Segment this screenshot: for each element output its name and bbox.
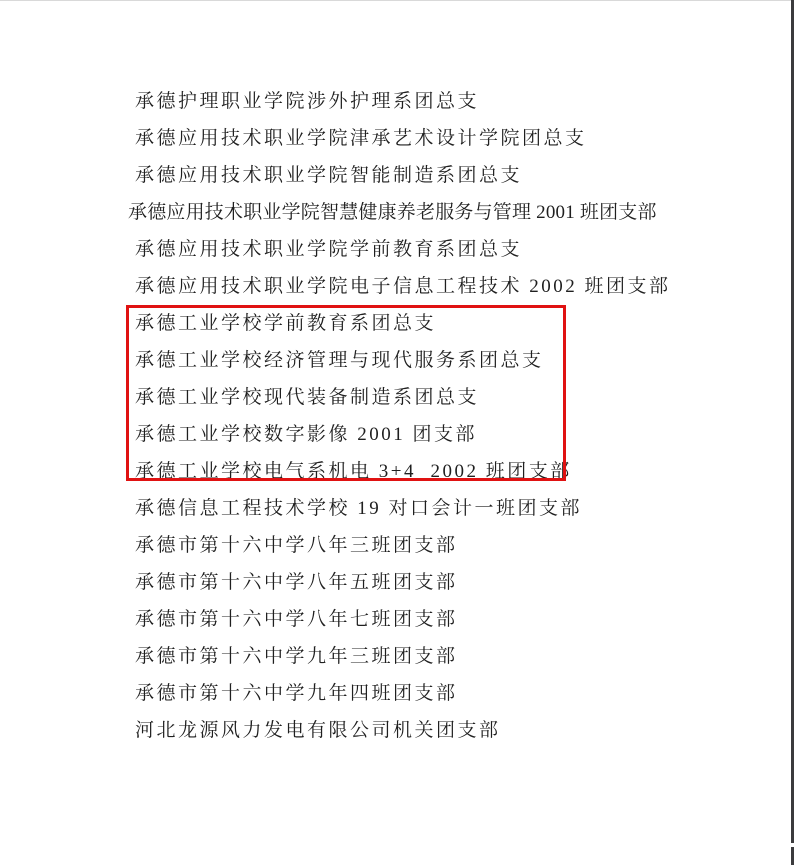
list-item: 承德市第十六中学八年五班团支部 [135,562,775,599]
list-item: 承德市第十六中学八年三班团支部 [135,525,775,562]
list-item: 承德工业学校学前教育系团总支 [135,303,775,340]
list-item: 承德护理职业学院涉外护理系团总支 [135,81,775,118]
list-item: 承德应用技术职业学院智能制造系团总支 [135,155,775,192]
list-item: 承德工业学校数字影像 2001 团支部 [135,414,775,451]
list-item: 承德市第十六中学九年四班团支部 [135,673,775,710]
org-name-list: 承德护理职业学院涉外护理系团总支承德应用技术职业学院津承艺术设计学院团总支承德应… [135,81,775,747]
list-item: 承德工业学校现代装备制造系团总支 [135,377,775,414]
list-item: 承德信息工程技术学校 19 对口会计一班团支部 [135,488,775,525]
list-item: 承德工业学校电气系机电 3+4 2002 班团支部 [135,451,775,488]
document-page: 承德护理职业学院涉外护理系团总支承德应用技术职业学院津承艺术设计学院团总支承德应… [0,0,794,865]
page-top-border [0,0,794,1]
list-item: 承德应用技术职业学院津承艺术设计学院团总支 [135,118,775,155]
list-item: 承德工业学校经济管理与现代服务系团总支 [135,340,775,377]
list-item: 承德应用技术职业学院智慧健康养老服务与管理 2001 班团支部 [128,192,775,229]
list-item: 承德应用技术职业学院电子信息工程技术 2002 班团支部 [135,266,775,303]
list-item: 承德市第十六中学九年三班团支部 [135,636,775,673]
list-item: 河北龙源风力发电有限公司机关团支部 [135,710,775,747]
list-item: 承德应用技术职业学院学前教育系团总支 [135,229,775,266]
list-item: 承德市第十六中学八年七班团支部 [135,599,775,636]
